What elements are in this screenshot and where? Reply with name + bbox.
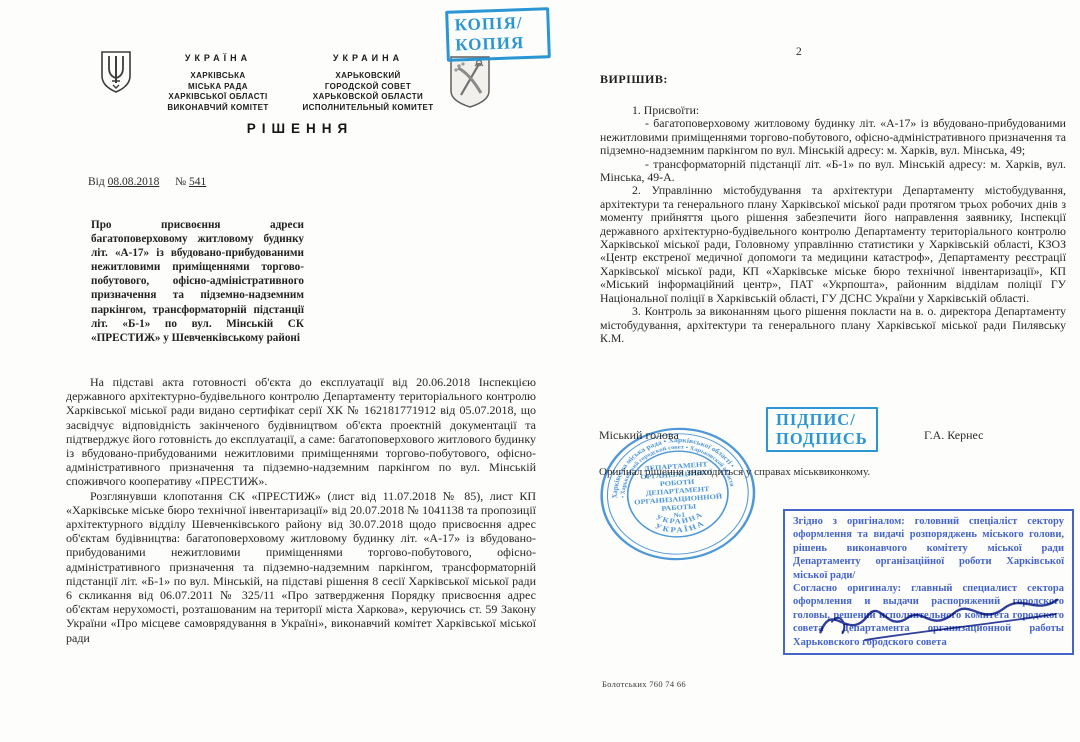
header-ukrainian: УКРАЇНА ХАРКІВСЬКА МІСЬКА РАДА ХАРКІВСЬК… [145, 53, 291, 113]
country-name-ru: УКРАИНА [293, 53, 443, 63]
page2-body: 1. Присвоїти: - багатоповерховому житлов… [600, 104, 1066, 345]
item-3: 3. Контроль за виконанням цього рішення … [600, 305, 1066, 345]
paragraph-considering: Розглянувши клопотання СК «ПРЕСТИЖ» (лис… [66, 489, 536, 645]
page-number: 2 [796, 46, 802, 58]
resolved-heading: ВИРІШИВ: [600, 72, 668, 87]
round-department-seal: Харківська міська рада • Харківської обл… [591, 418, 765, 574]
copy-stamp: КОПІЯ/ КОПИЯ [445, 7, 551, 62]
country-name-ua: УКРАЇНА [145, 53, 291, 63]
scanned-decision-document: УКРАЇНА ХАРКІВСЬКА МІСЬКА РАДА ХАРКІВСЬК… [0, 0, 1080, 742]
ukraine-trident-emblem [99, 50, 133, 95]
signature-stamp: ПІДПИС/ ПОДПИСЬ [766, 407, 878, 452]
signature-stamp-line-ru: ПОДПИСЬ [776, 429, 868, 448]
date-and-number-line: Від 08.08.2018 № 541 [88, 176, 206, 188]
date-value: 08.08.2018 [108, 176, 160, 188]
signer-name: Г.А. Кернес [924, 428, 984, 443]
page1-body: На підставі акта готовності об'єкта до е… [66, 375, 536, 645]
kharkiv-coat-of-arms [449, 55, 491, 109]
handwritten-signature [810, 579, 1069, 659]
date-label: Від [88, 176, 105, 188]
document-title: РІШЕННЯ [177, 121, 423, 136]
number-value: 541 [189, 176, 206, 188]
item-1-heading: 1. Присвоїти: [600, 104, 1066, 117]
paragraph-basis: На підставі акта готовності об'єкта до е… [66, 375, 536, 489]
executor-contact: Болотських 760 74 66 [602, 679, 686, 689]
item-2: 2. Управлінню містобудування та архітект… [600, 184, 1066, 305]
certification-text-ua: Згідно з оригіналом: головний спеціаліст… [793, 515, 1064, 582]
copy-stamp-line-ru: КОПИЯ [455, 32, 542, 55]
header-russian: УКРАИНА ХАРЬКОВСКИЙ ГОРОДСКОЙ СОВЕТ ХАРЬ… [293, 53, 443, 113]
item-1a: - багатоповерховому житловому будинку лі… [600, 117, 1066, 157]
number-label: № [175, 176, 186, 188]
decision-subject: Про присвоєння адреси багатоповерховому … [91, 218, 304, 345]
item-1b: - трансформаторній підстанції літ. «Б-1»… [600, 158, 1066, 185]
signature-stamp-line-ua: ПІДПИС/ [776, 410, 868, 429]
